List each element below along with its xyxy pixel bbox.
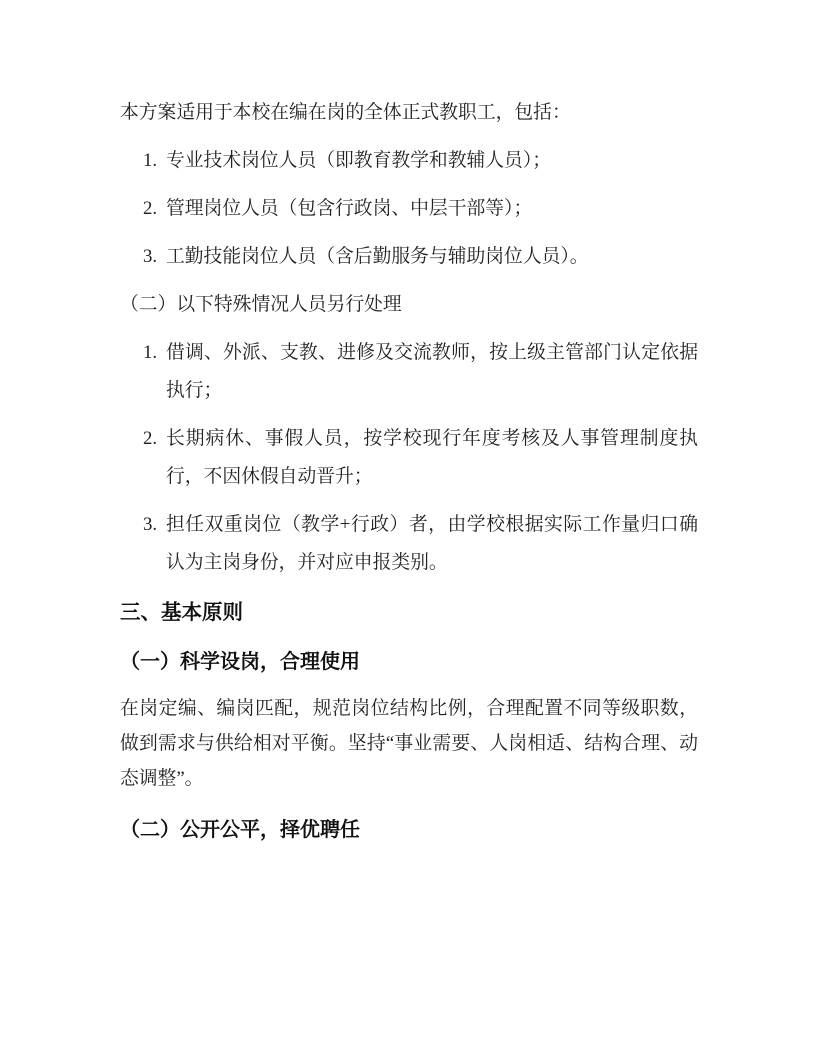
list-item-number: 1. [143,334,166,410]
document-page: 本方案适用于本校在编在岗的全体正式教职工，包括： 1. 专业技术岗位人员（即教育… [0,0,816,1056]
list-item-text: 长期病休、事假人员，按学校现行年度考核及人事管理制度执行，不因休假自动晋升； [166,420,698,496]
list-item: 1. 借调、外派、支教、进修及交流教师，按上级主管部门认定依据执行； [120,334,698,410]
intro-paragraph: 本方案适用于本校在编在岗的全体正式教职工，包括： [120,94,698,132]
list-item-number: 3. [143,506,166,582]
list-item: 3. 工勤技能岗位人员（含后勤服务与辅助岗位人员）。 [120,238,698,276]
list-item-text: 专业技术岗位人员（即教育教学和教辅人员）； [166,142,698,180]
list-item-text: 借调、外派、支教、进修及交流教师，按上级主管部门认定依据执行； [166,334,698,410]
principle-2-heading: （二）公开公平，择优聘任 [120,811,698,849]
list-item-number: 1. [143,142,166,180]
list-item-number: 3. [143,238,166,276]
list-item-number: 2. [143,420,166,496]
scope-list: 1. 专业技术岗位人员（即教育教学和教辅人员）； 2. 管理岗位人员（包含行政岗… [120,142,698,276]
document-content: 本方案适用于本校在编在岗的全体正式教职工，包括： 1. 专业技术岗位人员（即教育… [120,94,698,849]
list-item-number: 2. [143,190,166,228]
principle-1-paragraph: 在岗定编、编岗匹配，规范岗位结构比例，合理配置不同等级职数，做到需求与供给相对平… [120,691,698,796]
list-item: 3. 担任双重岗位（教学+行政）者，由学校根据实际工作量归口确认为主岗身份，并对… [120,506,698,582]
list-item: 2. 长期病休、事假人员，按学校现行年度考核及人事管理制度执行，不因休假自动晋升… [120,420,698,496]
list-item-text: 管理岗位人员（包含行政岗、中层干部等）； [166,190,698,228]
list-item: 2. 管理岗位人员（包含行政岗、中层干部等）； [120,190,698,228]
list-item-text: 担任双重岗位（教学+行政）者，由学校根据实际工作量归口确认为主岗身份，并对应申报… [166,506,698,582]
special-cases-list: 1. 借调、外派、支教、进修及交流教师，按上级主管部门认定依据执行； 2. 长期… [120,334,698,582]
list-item-text: 工勤技能岗位人员（含后勤服务与辅助岗位人员）。 [166,238,698,276]
section-3-heading: 三、基本原则 [120,594,698,632]
principle-1-heading: （一）科学设岗，合理使用 [120,643,698,681]
special-cases-heading: （二）以下特殊情况人员另行处理 [120,286,698,324]
list-item: 1. 专业技术岗位人员（即教育教学和教辅人员）； [120,142,698,180]
